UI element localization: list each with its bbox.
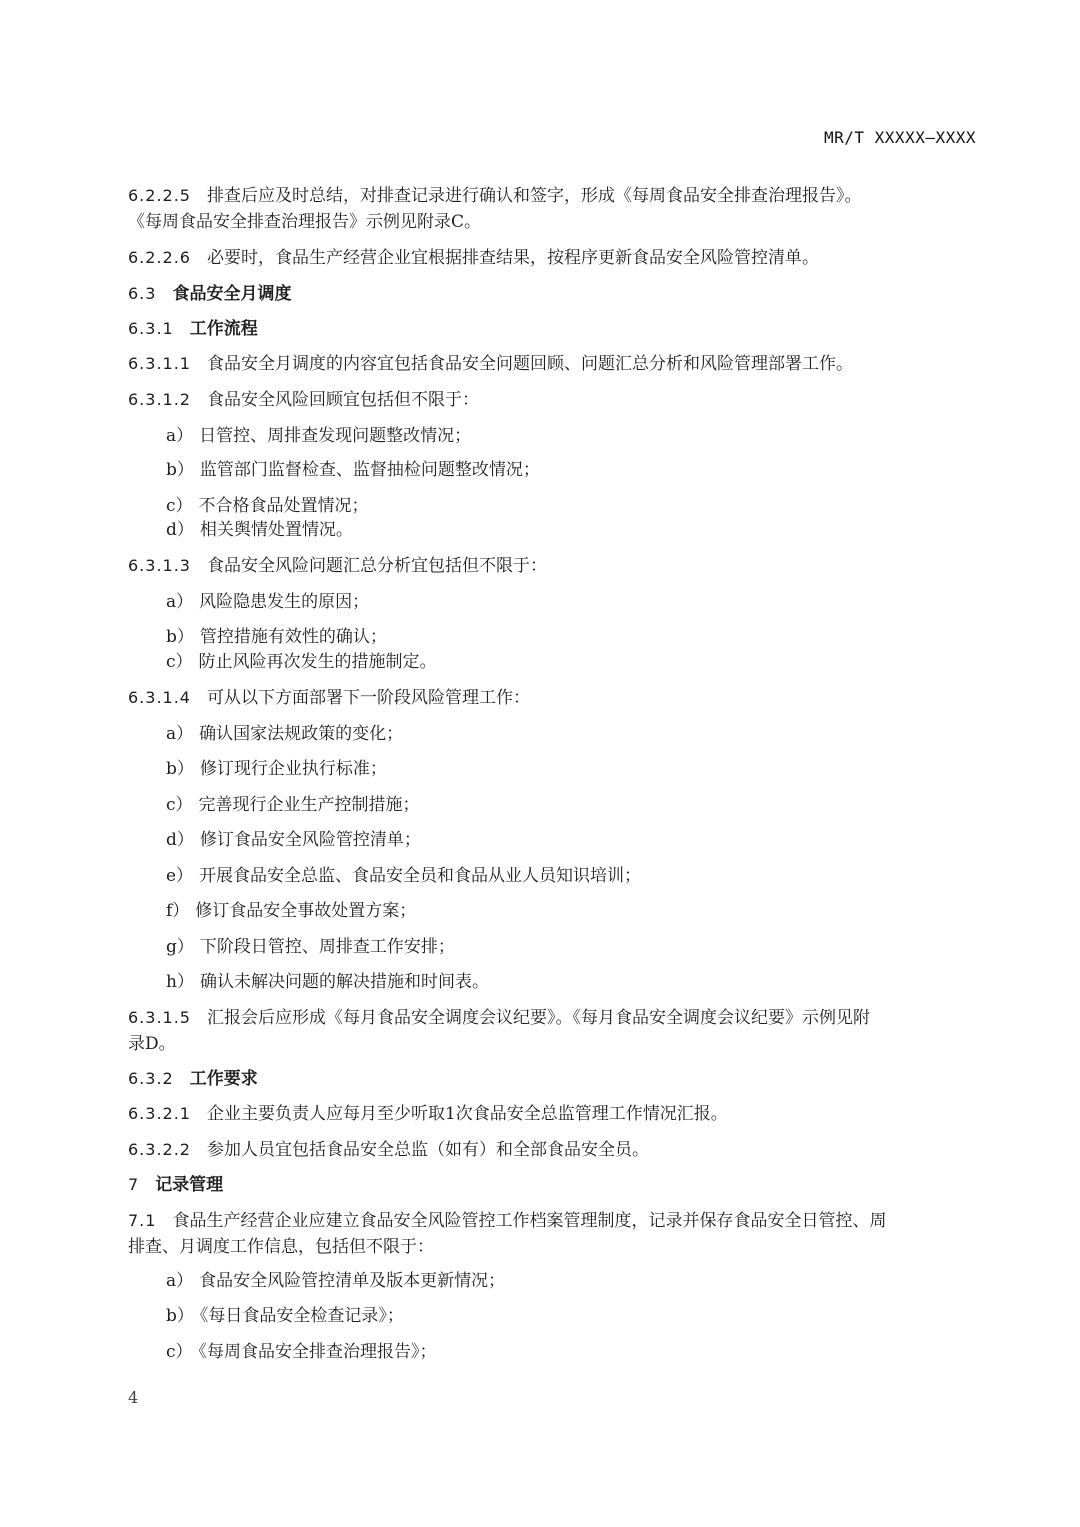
section-title: 工作流程 bbox=[190, 319, 258, 339]
list-label: c） bbox=[166, 652, 193, 672]
list-item: d）相关舆情处置情况。 bbox=[166, 517, 980, 543]
list-text: 不合格食品处置情况； bbox=[199, 496, 369, 516]
section-title: 记录管理 bbox=[155, 1175, 223, 1195]
clause-text: 录D。 bbox=[128, 1034, 176, 1054]
clause-text: 汇报会后应形成《每月食品安全调度会议纪要》。《每月食品安全调度会议纪要》示例见附 bbox=[207, 1008, 870, 1028]
clause-number: 6.2.2.5 bbox=[128, 186, 191, 205]
list-text: 下阶段日管控、周排查工作安排； bbox=[200, 937, 455, 957]
list-label: g） bbox=[166, 937, 194, 957]
list-item: b）《每日食品安全检查记录》； bbox=[166, 1303, 980, 1329]
clause-number: 6.3.1.4 bbox=[128, 688, 191, 707]
clause-6-3-1-2: 6.3.1.2食品安全风险回顾宜包括但不限于： bbox=[128, 387, 980, 413]
list-item: g）下阶段日管控、周排查工作安排； bbox=[166, 934, 980, 960]
clause-text: 必要时，食品生产经营企业宜根据排查结果，按程序更新食品安全风险管控清单。 bbox=[207, 248, 819, 268]
list-label: b） bbox=[166, 759, 194, 779]
list-label: b） bbox=[166, 460, 194, 480]
clause-6-2-2-5-line2: 《每周食品安全排查治理报告》示例见附录C。 bbox=[128, 209, 980, 235]
list-text: 管控措施有效性的确认； bbox=[200, 627, 387, 647]
section-heading-7: 7记录管理 bbox=[128, 1172, 980, 1198]
document-page: MR/T XXXXX—XXXX 6.2.2.5排查后应及时总结，对排查记录进行确… bbox=[0, 0, 1080, 1527]
section-heading-6-3: 6.3食品安全月调度 bbox=[128, 281, 980, 307]
list-item: c）不合格食品处置情况； bbox=[166, 493, 980, 519]
clause-6-3-2-1: 6.3.2.1企业主要负责人应每月至少听取1次食品安全总监管理工作情况汇报。 bbox=[128, 1101, 980, 1127]
list-text: 食品安全风险管控清单及版本更新情况； bbox=[199, 1271, 505, 1291]
list-item: d）修订食品安全风险管控清单； bbox=[166, 827, 980, 853]
section-heading-6-3-1: 6.3.1工作流程 bbox=[128, 316, 980, 342]
list-label: d） bbox=[166, 830, 194, 850]
clause-text: 《每周食品安全排查治理报告》示例见附录C。 bbox=[128, 212, 481, 232]
list-text: 防止风险再次发生的措施制定。 bbox=[199, 652, 437, 672]
list-label: c） bbox=[166, 1342, 193, 1362]
clause-text: 食品生产经营企业应建立食品安全风险管控工作档案管理制度，记录并保存食品安全日管控… bbox=[172, 1211, 886, 1231]
list-label: c） bbox=[166, 795, 193, 815]
clause-6-2-2-5-line1: 6.2.2.5排查后应及时总结，对排查记录进行确认和签字，形成《每周食品安全排查… bbox=[128, 183, 980, 209]
list-label: a） bbox=[166, 724, 193, 744]
section-title: 工作要求 bbox=[190, 1069, 258, 1089]
clause-text: 可从以下方面部署下一阶段风险管理工作： bbox=[207, 688, 530, 708]
list-label: b） bbox=[166, 1306, 194, 1326]
list-text: 确认国家法规政策的变化； bbox=[199, 724, 403, 744]
clause-6-3-1-3: 6.3.1.3食品安全风险问题汇总分析宜包括但不限于： bbox=[128, 553, 980, 579]
list-text: 《每日食品安全检查记录》； bbox=[200, 1306, 404, 1326]
list-label: e） bbox=[166, 866, 193, 886]
list-text: 风险隐患发生的原因； bbox=[199, 592, 369, 612]
list-item: c）完善现行企业生产控制措施； bbox=[166, 792, 980, 818]
list-label: a） bbox=[166, 592, 193, 612]
clause-text: 企业主要负责人应每月至少听取1次食品安全总监管理工作情况汇报。 bbox=[207, 1104, 728, 1124]
clause-7-1-line1: 7.1食品生产经营企业应建立食品安全风险管控工作档案管理制度，记录并保存食品安全… bbox=[128, 1208, 980, 1234]
list-text: 完善现行企业生产控制措施； bbox=[199, 795, 420, 815]
section-number: 6.3 bbox=[128, 284, 156, 303]
clause-7-1-line2: 排查、月调度工作信息，包括但不限于： bbox=[128, 1234, 980, 1260]
clause-number: 6.2.2.6 bbox=[128, 248, 191, 267]
clause-6-2-2-6: 6.2.2.6必要时，食品生产经营企业宜根据排查结果，按程序更新食品安全风险管控… bbox=[128, 245, 980, 271]
list-text: 确认未解决问题的解决措施和时间表。 bbox=[200, 972, 489, 992]
list-item: a）风险隐患发生的原因； bbox=[166, 589, 980, 615]
list-text: 《每周食品安全排查治理报告》； bbox=[199, 1342, 437, 1362]
list-label: b） bbox=[166, 627, 194, 647]
list-item: a）确认国家法规政策的变化； bbox=[166, 721, 980, 747]
section-title: 食品安全月调度 bbox=[172, 284, 291, 304]
list-item: a）日管控、周排查发现问题整改情况； bbox=[166, 423, 980, 449]
list-text: 日管控、周排查发现问题整改情况； bbox=[199, 426, 471, 446]
list-label: h） bbox=[166, 972, 194, 992]
list-label: f） bbox=[166, 901, 189, 921]
page-number: 4 bbox=[128, 1388, 138, 1407]
list-item: b）管控措施有效性的确认； bbox=[166, 624, 980, 650]
clause-6-3-1-5-line2: 录D。 bbox=[128, 1031, 980, 1057]
clause-6-3-1-5-line1: 6.3.1.5汇报会后应形成《每月食品安全调度会议纪要》。《每月食品安全调度会议… bbox=[128, 1005, 980, 1031]
list-text: 开展食品安全总监、食品安全员和食品从业人员知识培训； bbox=[199, 866, 641, 886]
list-label: c） bbox=[166, 496, 193, 516]
list-item: c）防止风险再次发生的措施制定。 bbox=[166, 649, 980, 675]
list-text: 修订食品安全风险管控清单； bbox=[200, 830, 421, 850]
clause-text: 食品安全风险回顾宜包括但不限于： bbox=[207, 390, 479, 410]
list-text: 监管部门监督检查、监督抽检问题整改情况； bbox=[200, 460, 540, 480]
clause-number: 6.3.2.1 bbox=[128, 1104, 191, 1123]
clause-number: 7.1 bbox=[128, 1211, 156, 1230]
clause-number: 6.3.1.1 bbox=[128, 354, 191, 373]
list-item: b）修订现行企业执行标准； bbox=[166, 756, 980, 782]
list-text: 修订现行企业执行标准； bbox=[200, 759, 387, 779]
clause-number: 6.3.1.5 bbox=[128, 1008, 191, 1027]
list-item: f）修订食品安全事故处置方案； bbox=[166, 898, 980, 924]
list-item: e）开展食品安全总监、食品安全员和食品从业人员知识培训； bbox=[166, 863, 980, 889]
standard-code: MR/T XXXXX—XXXX bbox=[824, 128, 976, 147]
list-label: d） bbox=[166, 520, 194, 540]
section-number: 6.3.1 bbox=[128, 319, 174, 338]
clause-number: 6.3.1.3 bbox=[128, 556, 191, 575]
clause-text: 排查、月调度工作信息，包括但不限于： bbox=[128, 1237, 434, 1257]
clause-6-3-1-4: 6.3.1.4可从以下方面部署下一阶段风险管理工作： bbox=[128, 685, 980, 711]
list-item: b）监管部门监督检查、监督抽检问题整改情况； bbox=[166, 457, 980, 483]
list-item: a）食品安全风险管控清单及版本更新情况； bbox=[166, 1268, 980, 1294]
clause-number: 6.3.2.2 bbox=[128, 1140, 191, 1159]
list-item: c）《每周食品安全排查治理报告》； bbox=[166, 1339, 980, 1365]
section-heading-6-3-2: 6.3.2工作要求 bbox=[128, 1066, 980, 1092]
section-number: 6.3.2 bbox=[128, 1069, 174, 1088]
list-label: a） bbox=[166, 1271, 193, 1291]
clause-6-3-2-2: 6.3.2.2参加人员宜包括食品安全总监（如有）和全部食品安全员。 bbox=[128, 1137, 980, 1163]
clause-text: 排查后应及时总结，对排查记录进行确认和签字，形成《每周食品安全排查治理报告》。 bbox=[207, 186, 862, 206]
clause-6-3-1-1: 6.3.1.1食品安全月调度的内容宜包括食品安全问题回顾、问题汇总分析和风险管理… bbox=[128, 351, 980, 377]
list-label: a） bbox=[166, 426, 193, 446]
list-item: h）确认未解决问题的解决措施和时间表。 bbox=[166, 969, 980, 995]
list-text: 修订食品安全事故处置方案； bbox=[195, 901, 416, 921]
clause-text: 食品安全月调度的内容宜包括食品安全问题回顾、问题汇总分析和风险管理部署工作。 bbox=[207, 354, 853, 374]
list-text: 相关舆情处置情况。 bbox=[200, 520, 353, 540]
clause-text: 食品安全风险问题汇总分析宜包括但不限于： bbox=[207, 556, 547, 576]
clause-text: 参加人员宜包括食品安全总监（如有）和全部食品安全员。 bbox=[207, 1140, 649, 1160]
clause-number: 6.3.1.2 bbox=[128, 390, 191, 409]
section-number: 7 bbox=[128, 1175, 139, 1194]
